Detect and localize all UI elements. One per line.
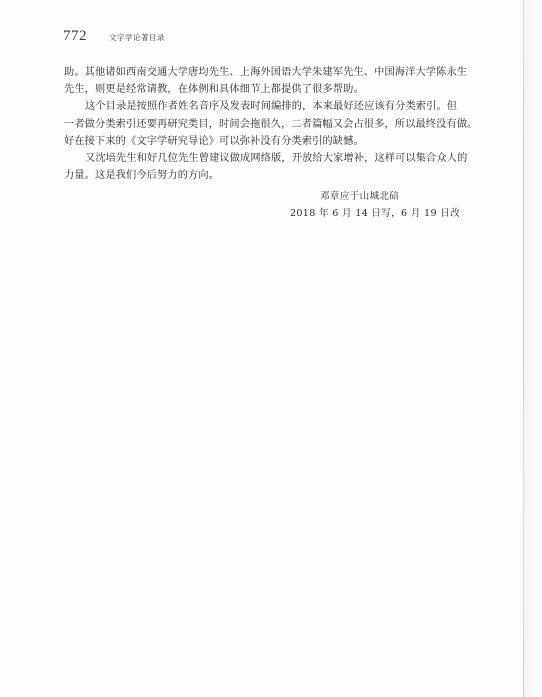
page-number: 772 [63, 28, 87, 45]
text-line: 一者做分类索引还要再研究类目，时间会拖很久，二者篇幅又会占很多，所以最终没有做。 [64, 116, 480, 133]
page-edge-shadow [524, 0, 542, 697]
book-page: 772 文字学论著目录 助。其他诸如西南交通大学唐均先生、上海外国语大学朱建军先… [0, 0, 542, 697]
signoff-date: 2018 年 6 月 14 日写，6 月 19 日改 [290, 205, 460, 219]
author-signature: 邓章应于山城北碚 [320, 188, 399, 202]
paragraph-start-line: 又沈培先生和好几位先生曾建议做成网络版，开放给大家增补，这样可以集合众人的 [64, 150, 480, 167]
running-header: 772 文字学论著目录 [63, 28, 165, 48]
body-text: 助。其他诸如西南交通大学唐均先生、上海外国语大学朱建军先生、中国海洋大学陈永生 … [64, 64, 480, 184]
text-line: 好在接下来的《文字学研究导论》可以弥补没有分类索引的缺憾。 [64, 133, 480, 150]
paragraph-start-line: 这个目录是按照作者姓名音序及发表时间编排的，本来最好还应该有分类索引。但 [64, 98, 480, 115]
page-edge-line [523, 0, 524, 697]
running-title: 文字学论著目录 [109, 32, 165, 43]
text-line: 力量。这是我们今后努力的方向。 [64, 167, 480, 184]
text-line: 先生，则更是经常请教，在体例和具体细节上都提供了很多帮助。 [64, 81, 480, 98]
text-line: 助。其他诸如西南交通大学唐均先生、上海外国语大学朱建军先生、中国海洋大学陈永生 [64, 64, 480, 81]
